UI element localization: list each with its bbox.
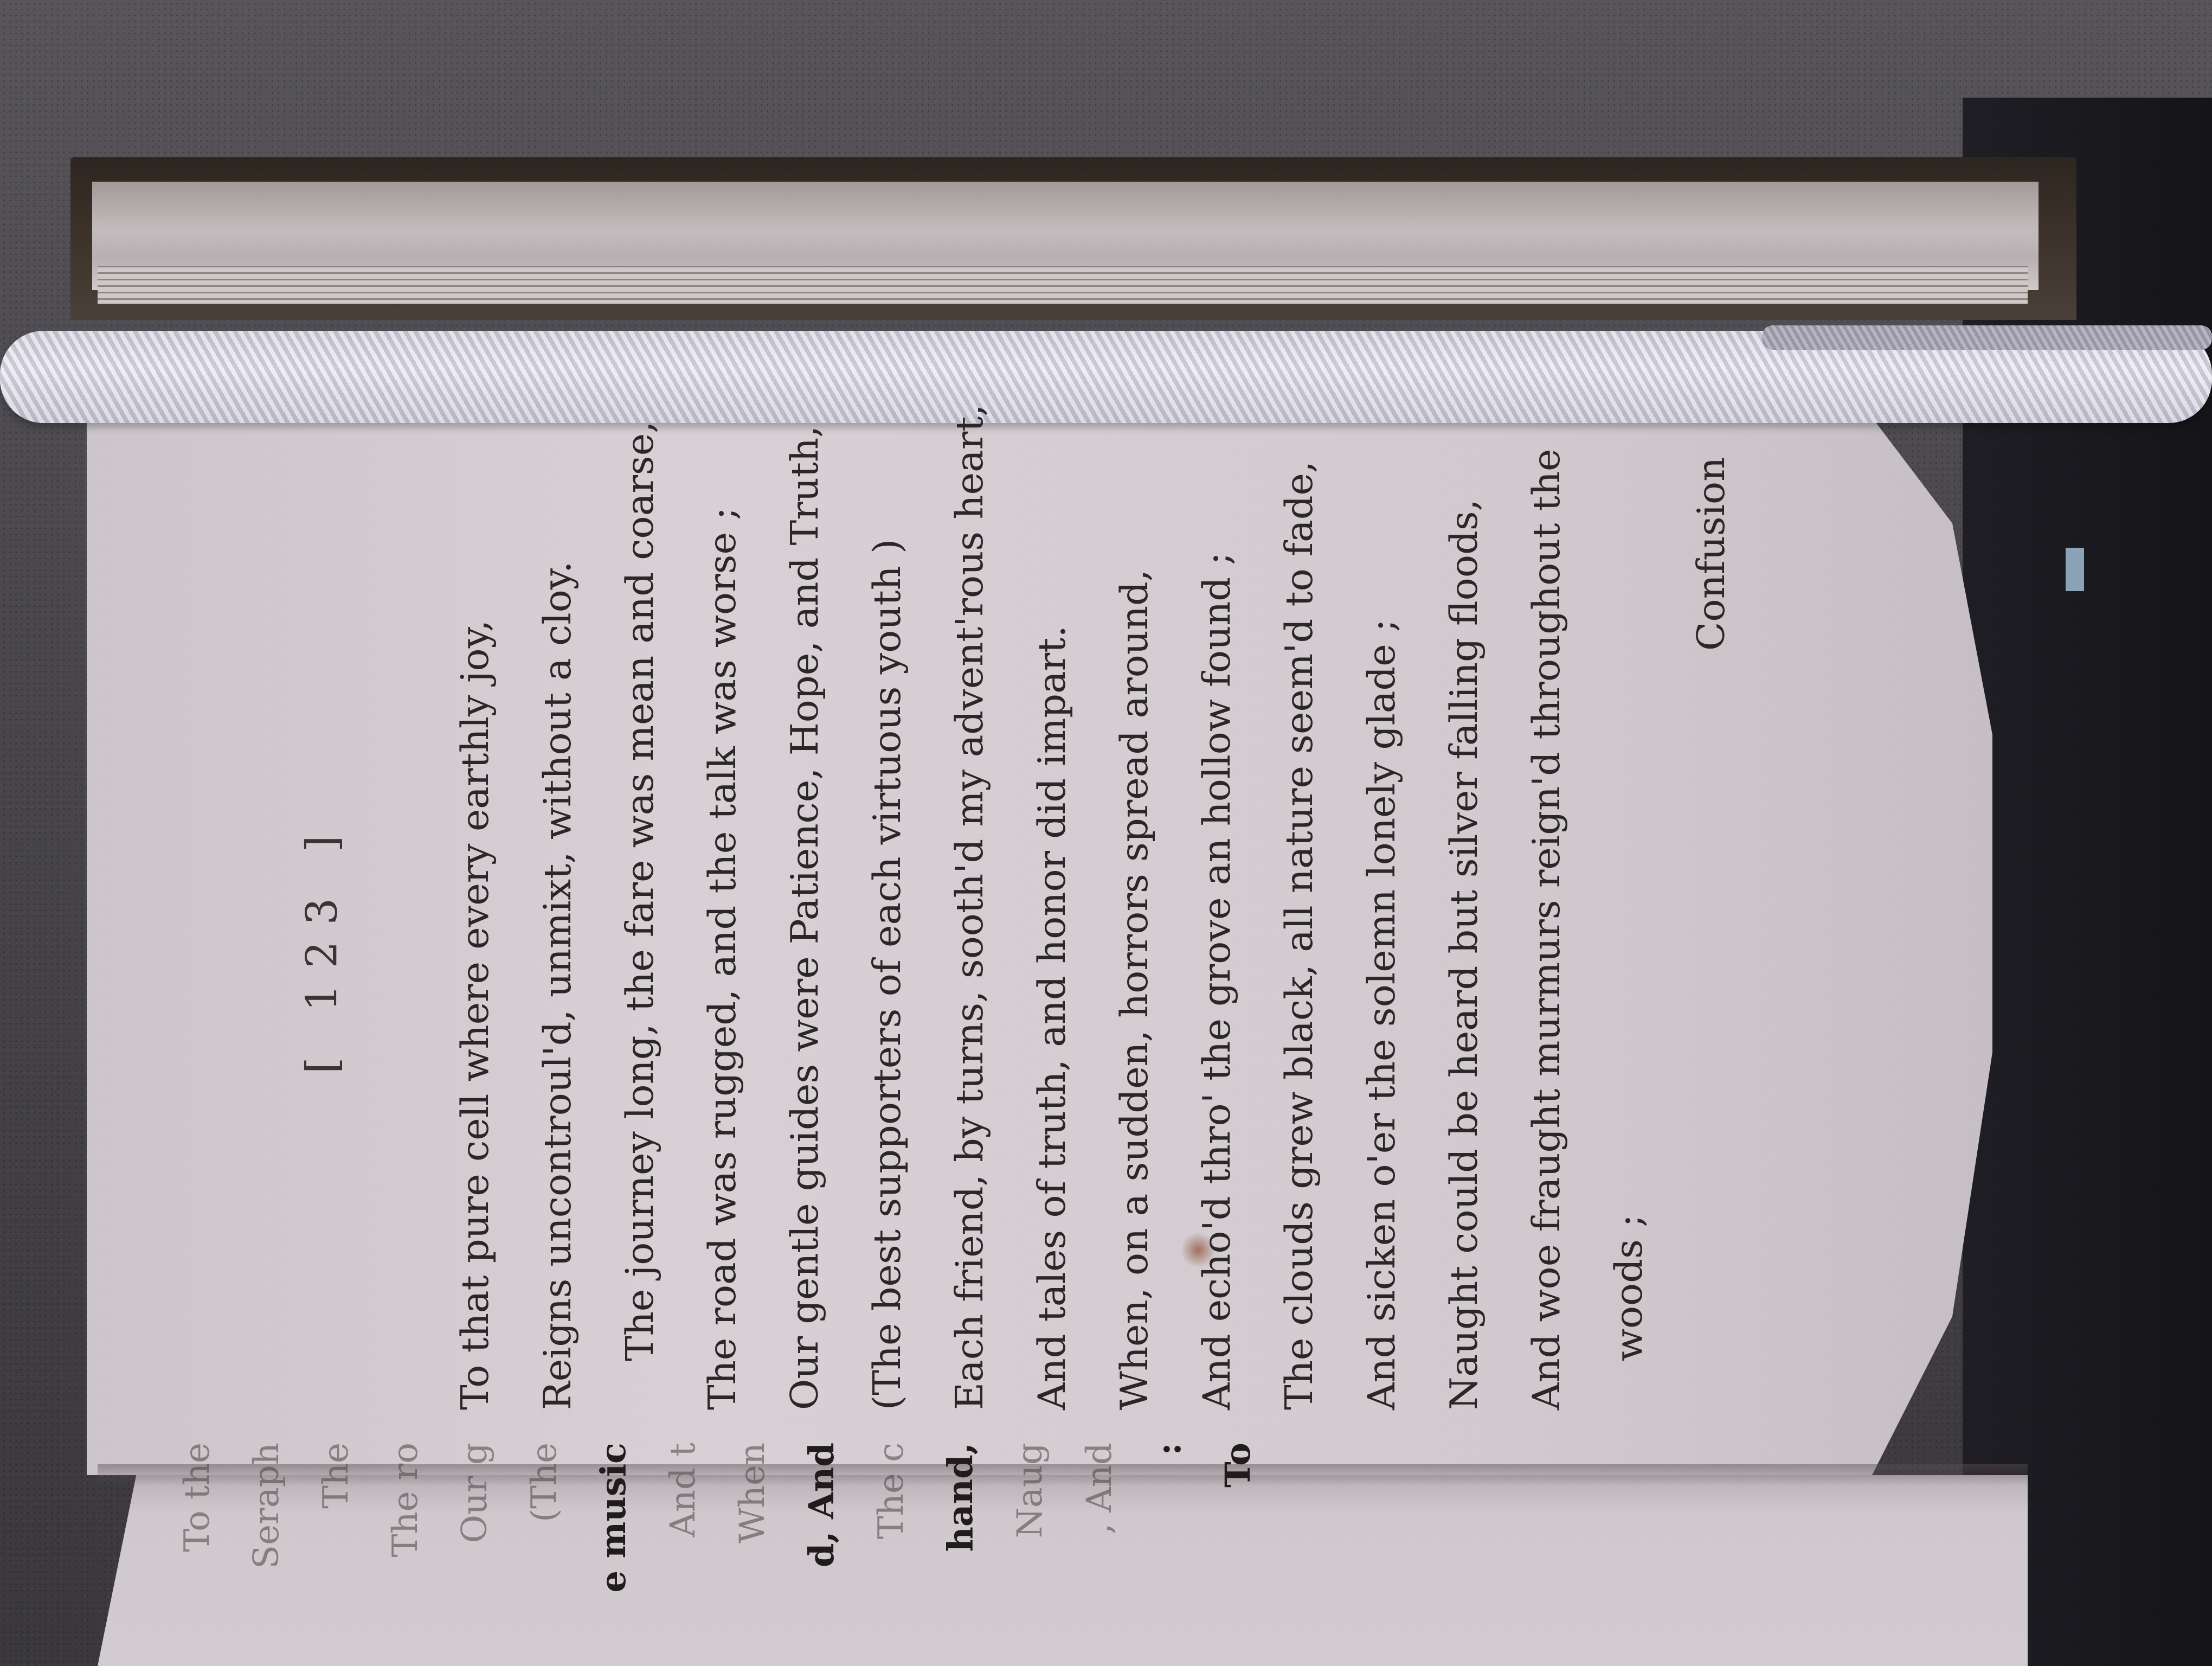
- left-fragment: d, And: [787, 1443, 857, 1659]
- left-fragment: To: [1204, 1443, 1273, 1659]
- poem-line: woods ;: [1587, 380, 1670, 1410]
- page-edges: [98, 266, 2028, 304]
- catchword: Confusion: [1670, 380, 1752, 1410]
- cord-end: [1762, 325, 2212, 350]
- left-fragment: The: [301, 1443, 371, 1659]
- poem-line: And sicken o'er the solemn lonely glade …: [1340, 380, 1423, 1410]
- left-fragment: When: [718, 1443, 787, 1659]
- left-fragment: e music: [579, 1443, 648, 1659]
- left-fragment: The c: [857, 1443, 926, 1659]
- left-fragment: , And: [1065, 1443, 1134, 1659]
- poem-line: To that pure cell where every earthly jo…: [434, 380, 516, 1410]
- right-page-text: [ 123 ] To that pure cell where every ea…: [434, 380, 1789, 1410]
- poem-line: And echo'd thro' the grove an hollow fou…: [1175, 380, 1258, 1410]
- left-fragment: :: [1134, 1443, 1204, 1659]
- poem-line: Each friend, by turns, sooth'd my advent…: [928, 380, 1011, 1410]
- poem-line: (The best supporters of each virtuous yo…: [846, 380, 928, 1410]
- left-fragment: Seraph: [232, 1443, 301, 1659]
- left-page-text: To the Seraph The The ro Our g (The e mu…: [163, 1443, 2006, 1659]
- left-fragment: Our g: [440, 1443, 510, 1659]
- poem-line: When, on a sudden, horrors spread around…: [1093, 380, 1175, 1410]
- poem-line: Naught could be heard but silver falling…: [1423, 380, 1505, 1410]
- poem-body: To that pure cell where every earthly jo…: [434, 380, 1752, 1410]
- page-header: [ 123 ]: [298, 819, 347, 1074]
- poem-line: And woe fraught murmurs reign'd througho…: [1505, 380, 1587, 1410]
- left-fragment: To the: [163, 1443, 232, 1659]
- poem-line: Reigns uncontroul'd, unmixt, without a c…: [516, 380, 599, 1410]
- left-fragment: Naug: [995, 1443, 1065, 1659]
- poem-line: And tales of truth, and honor did impart…: [1011, 380, 1093, 1410]
- left-fragment: hand,: [926, 1443, 995, 1659]
- left-fragment: The ro: [371, 1443, 440, 1659]
- left-fragment: And t: [648, 1443, 718, 1659]
- poem-line: The journey long, the fare was mean and …: [599, 380, 681, 1410]
- poem-line: Our gentle guides were Patience, Hope, a…: [763, 380, 846, 1410]
- blue-tab: [2066, 548, 2084, 591]
- poem-line: The road was rugged, and the talk was wo…: [681, 380, 763, 1410]
- poem-line: The clouds grew black, all nature seem'd…: [1258, 380, 1340, 1410]
- left-fragment: (The: [510, 1443, 579, 1659]
